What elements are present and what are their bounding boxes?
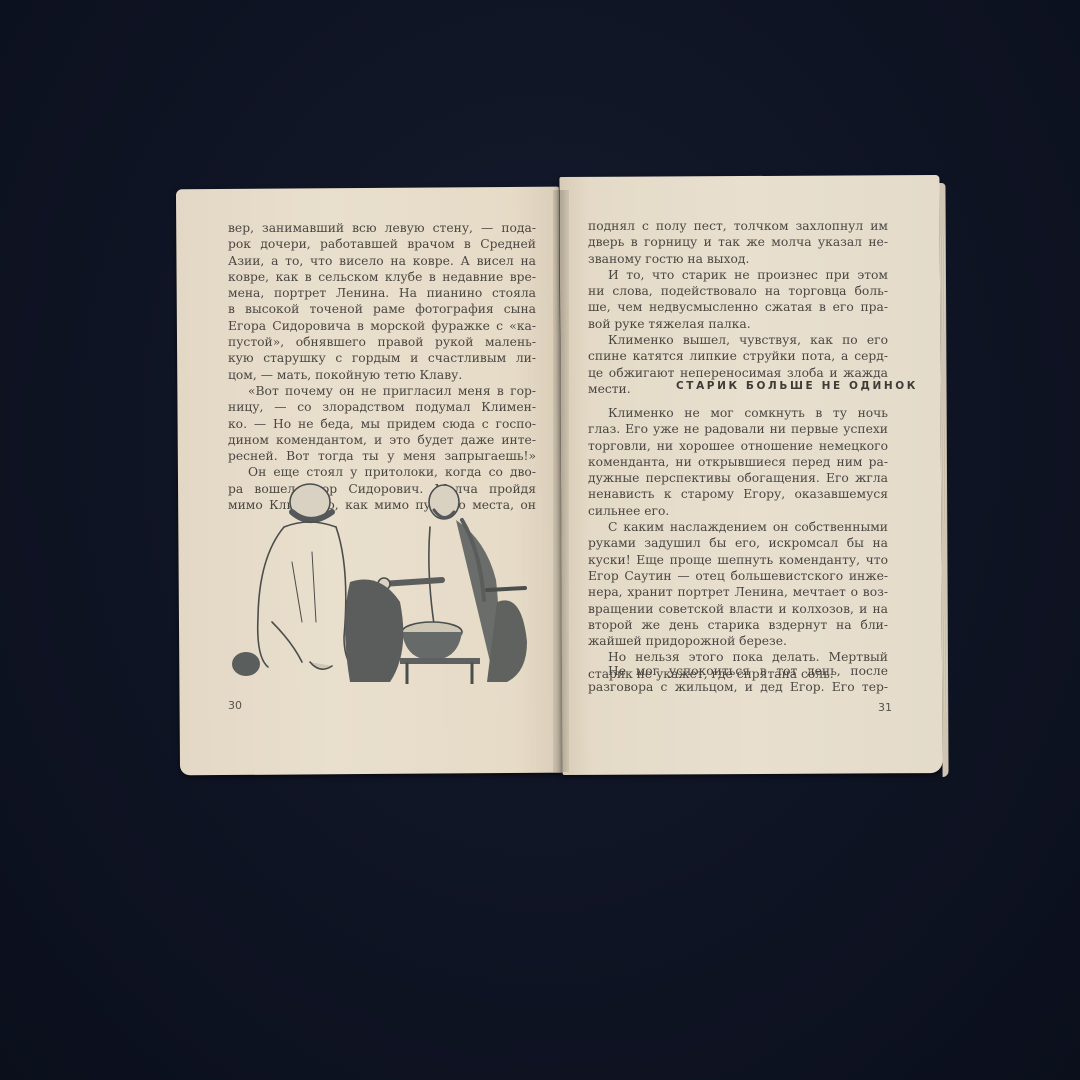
text-line: разговора с жильцом, и дед Егор. Его тер… [588, 679, 888, 695]
text-line: второй же день старика вздернут на бли- [588, 617, 888, 633]
text-line: С каким наслаждением он собственными [588, 519, 888, 535]
text-line: Азии, а то, что висело на ковре. А висел… [228, 253, 536, 269]
book-illustration [232, 472, 532, 684]
text-line: цом, — мать, покойную тетю Клаву. [228, 367, 536, 383]
text-line: спине катятся липкие струйки пота, а сер… [588, 348, 888, 364]
text-line: коменданта, ни открывшиеся перед ним ра- [588, 454, 888, 470]
text-line: нера, хранит портрет Ленина, мечтает о в… [588, 584, 888, 600]
text-line: це обжигают непереносимая злоба и жажда [588, 365, 888, 381]
text-line: жайшей придорожной березе. [588, 633, 888, 649]
text-line: сильнее его. [588, 503, 888, 519]
text-line: дверь в горницу и так же молча указал не… [588, 234, 888, 250]
right-page-text-bottom: Не мог успокоиться в тот день, после раз… [588, 663, 888, 696]
text-line: ни слова, подействовало на торговца боль… [588, 283, 888, 299]
text-line: «Вот почему он не пригласил меня в гор- [228, 383, 536, 399]
text-line: Клименко вышел, чувствуя, как по его [588, 332, 888, 348]
text-line: вой руке тяжелая палка. [588, 316, 888, 332]
text-line: званому гостю на выход. [588, 251, 888, 267]
left-page-text: вер, занимавший всю левую стену, — пода-… [228, 220, 536, 513]
text-line: куски! Еще проще шепнуть коменданту, что [588, 552, 888, 568]
text-line: Не мог успокоиться в тот день, после [588, 663, 888, 679]
text-line: Клименко не мог сомкнуть в ту ночь [588, 405, 888, 421]
text-line: ресней. Вот тогда ты у меня запрыгаешь!» [228, 448, 536, 464]
text-line: ненависть к старому Егору, оказавшемуся [588, 486, 888, 502]
text-line: в высокой точеной раме фотография сына [228, 301, 536, 317]
text-line: дужные перспективы обогащения. Его жгла [588, 470, 888, 486]
open-book: вер, занимавший всю левую стену, — пода-… [0, 0, 1080, 1080]
text-line: ницу, — со злорадством подумал Климен- [228, 399, 536, 415]
text-line: поднял с полу пест, толчком захлопнул им [588, 218, 888, 234]
page-number-left: 30 [228, 699, 242, 712]
right-page-text-chapter: Клименко не мог сомкнуть в ту ночь глаз.… [588, 405, 888, 682]
text-line: мена, портрет Ленина. На пианино стояла [228, 285, 536, 301]
book-spine-gutter [553, 190, 569, 772]
text-line: торговли, ни хорошее отношение немецкого [588, 438, 888, 454]
text-line: ше, чем недвусмысленно сжатая в его пра- [588, 299, 888, 315]
text-line: ко. — Но не беда, мы придем сюда с госпо… [228, 416, 536, 432]
text-line: И то, что старик не произнес при этом [588, 267, 888, 283]
text-line: глаз. Его уже не радовали ни первые успе… [588, 421, 888, 437]
text-line: Егор Саутин — отец большевистского инже- [588, 568, 888, 584]
text-line: ковре, как в сельском клубе в недавние в… [228, 269, 536, 285]
text-line: кую старушку с гордым и счастливым ли- [228, 350, 536, 366]
text-line: вращении советской власти и колхозов, и … [588, 601, 888, 617]
page-number-right: 31 [878, 701, 892, 714]
text-line: пустой», обнявшего правой рукой малень- [228, 334, 536, 350]
text-line: Егора Сидоровича в морской фуражке с «ка… [228, 318, 536, 334]
chapter-heading: СТАРИК БОЛЬШЕ НЕ ОДИНОК [676, 380, 890, 392]
text-line: рок дочери, работавшей врачом в Средней [228, 236, 536, 252]
right-page-text-top: поднял с полу пест, толчком захлопнул им… [588, 218, 888, 397]
text-line: руками задушил бы его, искромсал бы на [588, 535, 888, 551]
text-line: дином комендантом, и это будет даже инте… [228, 432, 536, 448]
text-line: вер, занимавший всю левую стену, — пода- [228, 220, 536, 236]
